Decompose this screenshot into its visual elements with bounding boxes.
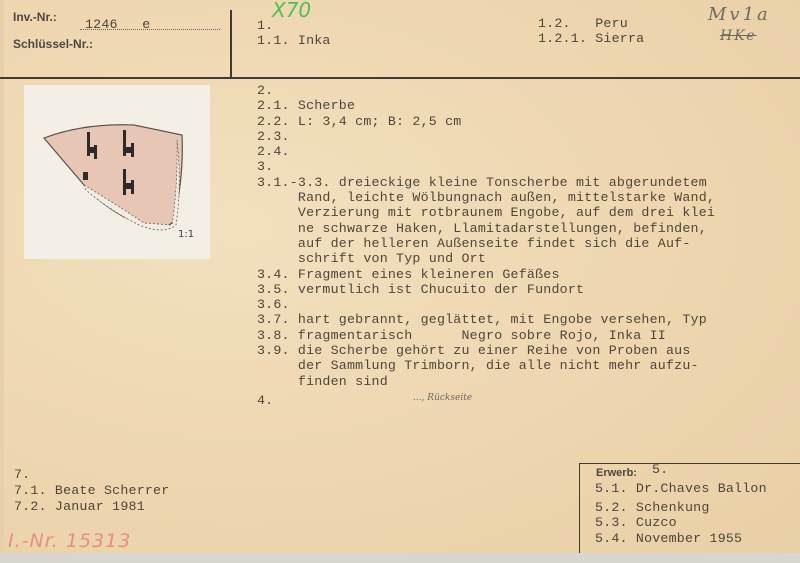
desc-line: Verzierung mit rotbraunem Engobe, auf de…	[257, 205, 715, 220]
desc-line: Rand, leichte Wölbungnach außen, mittels…	[257, 190, 715, 205]
desc-line: 3.6.	[257, 297, 715, 312]
catalogue-card: Inv.-Nr.: 1246 e Schlüssel-Nr.: X70 1. 1…	[0, 0, 800, 555]
acquisition-box-left	[579, 463, 580, 553]
header-divider	[0, 77, 800, 79]
section-1-2-line-1: 1.2.1. Sierra	[538, 31, 644, 46]
desc-line: 3.5. vermutlich ist Chucuito der Fundort	[257, 282, 715, 297]
acquisition-label: Erwerb:	[596, 467, 637, 479]
section-5-line-3: 5.4. November 1955	[595, 531, 742, 546]
desc-line: 3.9. die Scherbe gehört zu einer Reihe v…	[257, 343, 715, 358]
key-nr-label: Schlüssel-Nr.:	[13, 37, 93, 51]
desc-line: 2.4.	[257, 144, 715, 159]
section-5-line-1: 5.2. Schenkung	[595, 500, 710, 515]
inv-nr-label: Inv.-Nr.:	[13, 10, 57, 24]
section-1-2-line-0: 1.2. Peru	[538, 16, 628, 31]
pencil-location-code: Mv1a	[708, 4, 771, 25]
section-7-line-2: 7.2. Januar 1981	[14, 499, 145, 514]
section-5-line-0: 5.1. Dr.Chaves Ballon	[595, 481, 767, 496]
section-1-line-0: 1.	[257, 18, 273, 33]
desc-line: 2.	[257, 83, 715, 98]
desc-line: 3.7. hart gebrannt, geglättet, mit Engob…	[257, 312, 715, 327]
desc-line: auf der helleren Außenseite findet sich …	[257, 236, 715, 251]
section-7-line-1: 7.1. Beate Scherrer	[14, 483, 169, 498]
acquisition-box-top	[579, 463, 800, 464]
desc-line: 2.2. L: 3,4 cm; B: 2,5 cm	[257, 114, 715, 129]
red-inventory-number: I.-Nr. 15313	[8, 530, 131, 552]
card-left-edge	[0, 0, 4, 555]
desc-line: 2.3.	[257, 129, 715, 144]
section-5-head: 5.	[652, 462, 668, 477]
section-7-line-0: 7.	[14, 467, 30, 482]
desc-line: 3.	[257, 159, 715, 174]
green-handwritten-number: X70	[272, 0, 311, 22]
desc-line: ne schwarze Haken, Llamitadarstellungen,…	[257, 221, 715, 236]
desc-line: 3.4. Fragment eines kleineren Gefäßes	[257, 267, 715, 282]
desc-line: 3.1.-3.3. dreieckige kleine Tonscherbe m…	[257, 175, 715, 190]
scan-bottom-edge	[0, 553, 800, 563]
header-vertical-divider	[230, 10, 232, 77]
desc-line: der Sammlung Trimborn, die alle nicht me…	[257, 358, 715, 373]
section-1-line-1: 1.1. Inka	[257, 33, 331, 48]
desc-line: 3.8. fragmentarisch Negro sobre Rojo, In…	[257, 328, 715, 343]
sherd-photo: 1:1	[24, 85, 210, 259]
desc-line: finden sind	[257, 374, 715, 389]
pencil-note-rueckseite: ..., Rückseite	[413, 393, 472, 403]
desc-line: schrift von Typ und Ort	[257, 251, 715, 266]
inv-nr-value: 1246 e	[85, 17, 150, 32]
scale-label: 1:1	[178, 229, 194, 240]
pencil-struck-code: HKe	[720, 28, 757, 44]
description-block: 2. 2.1. Scherbe 2.2. L: 3,4 cm; B: 2,5 c…	[257, 83, 715, 408]
desc-line: 2.1. Scherbe	[257, 98, 715, 113]
section-5-line-2: 5.3. Cuzco	[595, 515, 677, 530]
desc-line: 4.	[257, 393, 715, 408]
